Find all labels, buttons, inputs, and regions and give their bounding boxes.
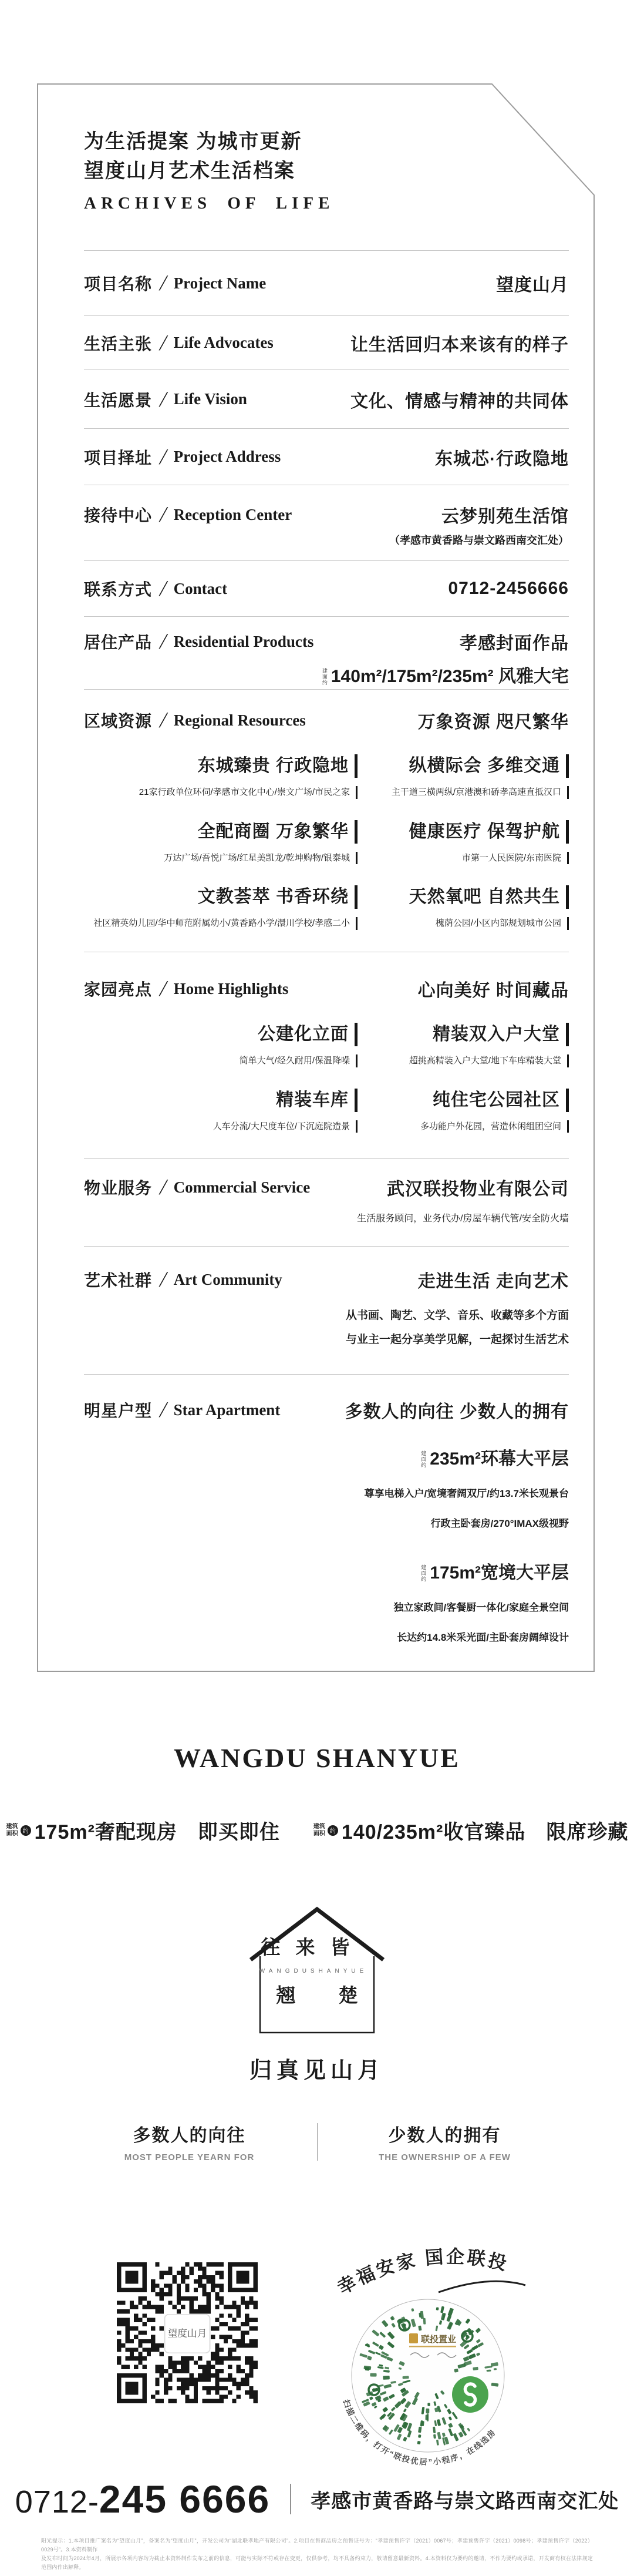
area-label: 建筑面积	[6, 1823, 19, 1837]
apartment-175: 建面约175m²宽境大平层 独立家政间/客餐厨一体化/家庭全景空间 长达约14.…	[84, 1558, 569, 1644]
row-value: 孝感封面作品	[460, 629, 569, 654]
tagline-text: 140/235m²收官臻品 限席珍藏	[342, 1816, 628, 1845]
highlight-title: 公建化立面	[258, 1023, 358, 1046]
highlight-cell: 纯住宅公园社区 多功能户外花园，营造休闲组团空间	[358, 1089, 569, 1133]
row-star-apartment: 明星户型 / Star Apartment 多数人的向往 少数人的拥有 建面约2…	[84, 1375, 569, 1672]
label-en: Life Vision	[174, 390, 247, 408]
project-card: 为生活提案 为城市更新 望度山月艺术生活档案 ARCHIVES OF LIFE …	[37, 83, 595, 1672]
duality-divider	[317, 2123, 318, 2161]
duality-right-en: THE OWNERSHIP OF A FEW	[348, 2152, 542, 2162]
row-value: 让生活回归本来该有的样子	[350, 330, 569, 356]
label-divider: /	[158, 709, 169, 731]
region-title: 纵横际会 多维交通	[409, 754, 569, 778]
svg-text:望度山月: 望度山月	[168, 2328, 207, 2339]
contact-bar: 0712- 245 6666 孝感市黄香路与崇文路西南交汇处	[0, 2477, 634, 2521]
sales-tagline: 建筑面积 约 175m²奢配现房 即买即住 建筑面积 约 140/235m²收官…	[0, 1816, 634, 1845]
hotline: 0712- 245 6666	[15, 2477, 270, 2521]
phone-area-code: 0712-	[15, 2484, 99, 2520]
row-label: 生活主张 / Life Advocates	[84, 331, 274, 355]
label-zh: 居住产品	[84, 630, 152, 653]
highlight-sub: 人车分流/大尺度车位/下沉庭院造景	[213, 1120, 358, 1133]
house-text-letters: WANGDUSHANYUE	[259, 1968, 368, 1974]
disclaimer-line-1: 阳光提示：1.本项目推广案名为“望度山月”，备案名为“望度山月”，开发公司为“湖…	[41, 2537, 593, 2554]
apartment-feature: 行政主卧套房/270°IMAX级视野	[431, 1515, 569, 1530]
service-detail: 生活服务顾问，业务代办/房屋车辆代管/安全防火墙	[84, 1211, 569, 1224]
house-caption: 归真见山月	[0, 2052, 634, 2084]
reception-address-note: （孝感市黄香路与崇文路西南交汇处）	[84, 532, 569, 548]
tagline-item: 建筑面积 约 140/235m²收官臻品 限席珍藏	[313, 1816, 628, 1845]
region-sub: 槐荫公园/小区内部规划城市公园	[436, 917, 569, 930]
region-cell: 全配商圈 万象繁华 万达广场/吾悦广场/红星美凯龙/乾坤购物/银泰城	[84, 820, 358, 865]
region-cell: 文教荟萃 书香环绕 社区精英幼儿园/华中师范附属幼小/黄香路小学/澴川学校/孝感…	[84, 885, 358, 930]
legal-disclaimer: 阳光提示：1.本项目推广案名为“望度山月”，备案名为“望度山月”，开发公司为“湖…	[41, 2537, 593, 2572]
highlight-title: 精装车库	[276, 1089, 358, 1112]
row-value: 文化、情感与精神的共同体	[350, 387, 569, 412]
brand-wordmark: WANGDU SHANYUE	[0, 1742, 634, 1774]
label-divider: /	[158, 446, 169, 468]
region-sub: 万达广场/吾悦广场/红星美凯龙/乾坤购物/银泰城	[164, 852, 358, 865]
area-label: 建筑面积	[313, 1823, 326, 1837]
house-logo-svg: 往来皆 WANGDUSHANYUE 翘 楚	[244, 1903, 390, 2038]
highlight-title: 纯住宅公园社区	[433, 1089, 569, 1112]
row-art-community: 艺术社群 / Art Community 走进生活 走向艺术 从书画、陶艺、文学…	[84, 1247, 569, 1375]
qr-code-svg: 望度山月	[117, 2262, 258, 2403]
region-sub: 市第一人民医院/东南医院	[462, 852, 569, 865]
row-label: 项目择址 / Project Address	[84, 445, 281, 469]
row-label: 物业服务 / Commercial Service	[84, 1176, 310, 1199]
region-title: 东城臻贵 行政隐地	[198, 754, 358, 778]
highlight-sub: 多功能户外花园，营造休闲组团空间	[420, 1120, 569, 1133]
header-line-2: 望度山月艺术生活档案	[84, 156, 569, 186]
highlight-sub: 超挑高精装入户大堂/地下车库精装大堂	[409, 1054, 569, 1067]
label-en: Home Highlights	[174, 980, 289, 998]
row-reception-center: 接待中心 / Reception Center 云梦别苑生活馆 （孝感市黄香路与…	[84, 485, 569, 561]
contact-phone: 0712-2456666	[448, 579, 569, 599]
contact-divider	[290, 2484, 291, 2514]
duality-left: 多数人的向往 MOST PEOPLE YEARN FOR	[93, 2121, 286, 2162]
row-project-name: 项目名称 / Project Name 望度山月	[84, 251, 569, 316]
row-label: 家园亮点 / Home Highlights	[84, 977, 288, 1000]
label-divider: /	[158, 388, 169, 411]
label-divider: /	[158, 630, 169, 653]
phone-number: 245 6666	[99, 2477, 270, 2521]
label-zh: 生活主张	[84, 331, 152, 355]
label-divider: /	[158, 332, 169, 354]
row-label: 接待中心 / Reception Center	[84, 503, 292, 526]
miniprogram-badge-icon	[452, 2376, 488, 2413]
qr-section: 望度山月 幸福安家 国企联投 联投置业	[8, 2218, 634, 2471]
duality-right: 少数人的拥有 THE OWNERSHIP OF A FEW	[348, 2121, 542, 2162]
area-sizes: 140m²/175m²/235m² 风雅大宅	[331, 667, 569, 686]
label-zh: 家园亮点	[84, 977, 152, 1000]
region-title: 全配商圈 万象繁华	[198, 820, 358, 844]
product-areas: 建面约140m²/175m²/235m² 风雅大宅	[84, 661, 569, 687]
row-label: 联系方式 / Contact	[84, 577, 227, 600]
row-contact: 联系方式 / Contact 0712-2456666	[84, 561, 569, 617]
row-label: 区域资源 / Regional Resources	[84, 708, 306, 732]
duality-left-zh: 多数人的向往	[93, 2121, 286, 2147]
header-english-title: ARCHIVES OF LIFE	[84, 194, 569, 213]
approx-circle-icon: 约	[21, 1825, 31, 1836]
art-detail-2: 与业主一起分享美学见解，一起探讨生活艺术	[84, 1331, 569, 1346]
row-value: 心向美好 时间藏品	[418, 976, 569, 1002]
apartment-feature: 独立家政间/客餐厨一体化/家庭全景空间	[394, 1599, 569, 1614]
label-divider: /	[158, 1176, 169, 1198]
region-title: 文教荟萃 书香环绕	[198, 885, 358, 909]
label-divider: /	[158, 978, 169, 1000]
label-en: Regional Resources	[174, 711, 306, 730]
region-sub: 社区精英幼儿园/华中师范附属幼小/黄香路小学/澴川学校/孝感二小	[93, 917, 358, 930]
label-zh: 联系方式	[84, 577, 152, 600]
label-zh: 明星户型	[84, 1398, 152, 1422]
card-header: 为生活提案 为城市更新 望度山月艺术生活档案 ARCHIVES OF LIFE	[84, 83, 569, 251]
apartment-feature: 长达约14.8米采光面/主卧套房阔绰设计	[397, 1629, 569, 1644]
label-en: Residential Products	[174, 633, 314, 651]
label-zh: 项目择址	[84, 445, 152, 469]
liantou-stamp: 幸福安家 国企联投 联投置业	[322, 2218, 534, 2471]
tagline-item: 建筑面积 约 175m²奢配现房 即买即住	[6, 1816, 280, 1845]
label-en: Project Address	[174, 448, 281, 466]
highlight-cell: 精装车库 人车分流/大尺度车位/下沉庭院造景	[84, 1089, 358, 1133]
label-zh: 生活愿景	[84, 388, 152, 411]
label-divider: /	[158, 1268, 169, 1291]
apartment-title: 建面约235m²环幕大平层	[420, 1444, 569, 1470]
art-detail-1: 从书画、陶艺、文学、音乐、收藏等多个方面	[84, 1307, 569, 1322]
region-cell: 健康医疗 保驾护航 市第一人民医院/东南医院	[358, 820, 569, 865]
highlight-grid: 公建化立面 简单大气/经久耐用/保温降噪 精装双入户大堂 超挑高精装入户大堂/地…	[84, 1023, 569, 1154]
region-cell: 纵横际会 多维交通 主干道三横两纵/京港澳和硚孝高速直抵汉口	[358, 754, 569, 799]
region-sub: 21家行政单位环伺/孝感市文化中心/崇文广场/市民之家	[139, 786, 358, 799]
row-value: 望度山月	[496, 270, 569, 296]
row-label: 项目名称 / Project Name	[84, 271, 266, 295]
wechat-qr-code: 望度山月	[117, 2262, 258, 2406]
label-divider: /	[158, 503, 169, 526]
label-divider: /	[158, 272, 169, 294]
row-value: 云梦别苑生活馆	[441, 502, 569, 528]
row-value: 万象资源 咫尺繁华	[418, 707, 569, 733]
house-logo: 往来皆 WANGDUSHANYUE 翘 楚 归真见山月	[0, 1903, 634, 2084]
row-regional-resources: 区域资源 / Regional Resources 万象资源 咫尺繁华 东城臻贵…	[84, 690, 569, 952]
row-life-vision: 生活愿景 / Life Vision 文化、情感与精神的共同体	[84, 370, 569, 429]
duality-section: 多数人的向往 MOST PEOPLE YEARN FOR 少数人的拥有 THE …	[0, 2121, 634, 2162]
row-value: 走进生活 走向艺术	[418, 1267, 569, 1292]
region-cell: 天然氧吧 自然共生 槐荫公园/小区内部规划城市公园	[358, 885, 569, 930]
header-line-1: 为生活提案 为城市更新	[84, 127, 569, 156]
stamp-swoosh	[439, 2281, 525, 2292]
row-project-address: 项目择址 / Project Address 东城芯·行政隐地	[84, 429, 569, 485]
row-residential-products: 居住产品 / Residential Products 孝感封面作品 建面约14…	[84, 617, 569, 690]
label-en: Project Name	[174, 274, 267, 293]
label-zh: 物业服务	[84, 1176, 152, 1199]
highlight-title: 精装双入户大堂	[433, 1023, 569, 1046]
disclaimer-line-2: 及发布时间为2024年4月，所展示各项内容均为截止本资料制作发布之前的信息，可能…	[41, 2554, 593, 2572]
apartment-235: 建面约235m²环幕大平层 尊享电梯入户/宽境奢阔双厅/约13.7米长观景台 行…	[84, 1444, 569, 1530]
house-text-top: 往来皆	[261, 1936, 365, 1958]
region-title: 天然氧吧 自然共生	[409, 885, 569, 909]
row-home-highlights: 家园亮点 / Home Highlights 心向美好 时间藏品 公建化立面 简…	[84, 952, 569, 1159]
label-en: Reception Center	[174, 506, 292, 524]
label-zh: 艺术社群	[84, 1268, 152, 1291]
row-label: 明星户型 / Star Apartment	[84, 1398, 280, 1422]
stamp-arc-title: 幸福安家 国企联投	[334, 2246, 511, 2299]
label-en: Commercial Service	[174, 1178, 311, 1197]
label-en: Contact	[174, 580, 227, 598]
approx-circle-icon: 约	[328, 1825, 338, 1836]
apartment-title: 建面约175m²宽境大平层	[420, 1558, 569, 1584]
label-divider: /	[158, 577, 169, 600]
label-zh: 项目名称	[84, 271, 152, 295]
tagline-text: 175m²奢配现房 即买即住	[35, 1816, 280, 1845]
row-label: 生活愿景 / Life Vision	[84, 388, 247, 411]
region-title: 健康医疗 保驾护航	[409, 820, 569, 844]
highlight-cell: 精装双入户大堂 超挑高精装入户大堂/地下车库精装大堂	[358, 1023, 569, 1067]
region-cell: 东城臻贵 行政隐地 21家行政单位环伺/孝感市文化中心/崇文广场/市民之家	[84, 754, 358, 799]
row-label: 艺术社群 / Art Community	[84, 1268, 282, 1291]
row-life-advocates: 生活主张 / Life Advocates 让生活回归本来该有的样子	[84, 316, 569, 370]
label-en: Life Advocates	[174, 334, 274, 352]
duality-left-en: MOST PEOPLE YEARN FOR	[93, 2152, 286, 2162]
highlight-sub: 简单大气/经久耐用/保温降噪	[240, 1054, 358, 1067]
area-approx-note: 建面约	[322, 669, 328, 686]
label-zh: 区域资源	[84, 708, 152, 732]
label-en: Art Community	[174, 1271, 282, 1289]
poster-page: 为生活提案 为城市更新 望度山月艺术生活档案 ARCHIVES OF LIFE …	[0, 0, 634, 2576]
label-divider: /	[158, 1399, 169, 1421]
highlight-cell: 公建化立面 简单大气/经久耐用/保温降噪	[84, 1023, 358, 1067]
svg-text:联投置业: 联投置业	[421, 2334, 456, 2345]
house-text-bottom-left: 翘	[276, 1984, 296, 2006]
region-grid: 东城臻贵 行政隐地 21家行政单位环伺/孝感市文化中心/崇文广场/市民之家 纵横…	[84, 754, 569, 951]
project-address-text: 孝感市黄香路与崇文路西南交汇处	[311, 2485, 619, 2514]
house-text-bottom-right: 楚	[339, 1984, 358, 2006]
area-approx-note: 建面约	[420, 1451, 427, 1469]
region-sub: 主干道三横两纵/京港澳和硚孝高速直抵汉口	[392, 786, 569, 799]
apartment-feature: 尊享电梯入户/宽境奢阔双厅/约13.7米长观景台	[364, 1485, 569, 1500]
row-commercial-service: 物业服务 / Commercial Service 武汉联投物业有限公司 生活服…	[84, 1159, 569, 1247]
area-approx-note: 建面约	[420, 1565, 427, 1583]
row-label: 居住产品 / Residential Products	[84, 630, 313, 653]
label-zh: 接待中心	[84, 503, 152, 526]
row-value: 武汉联投物业有限公司	[387, 1174, 569, 1200]
row-value: 东城芯·行政隐地	[435, 444, 569, 470]
label-en: Star Apartment	[174, 1401, 281, 1419]
row-value: 多数人的向往 少数人的拥有	[345, 1397, 569, 1423]
duality-right-zh: 少数人的拥有	[348, 2121, 542, 2147]
